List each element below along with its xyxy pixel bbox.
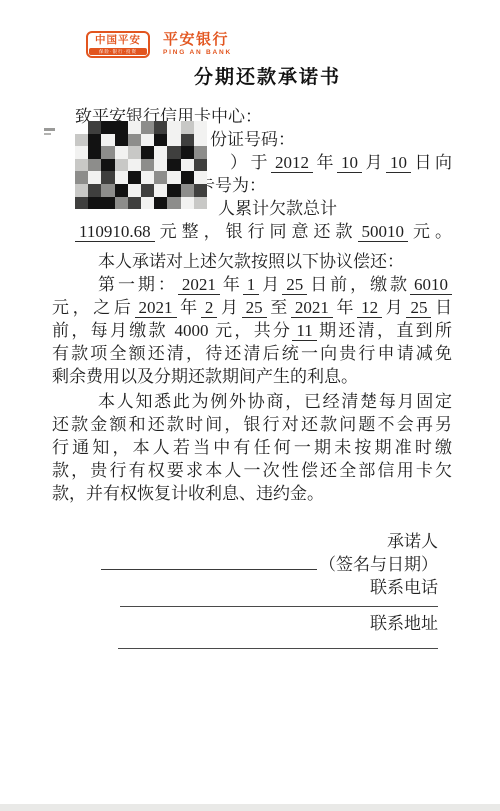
doc-text: 年 [177,298,201,317]
redaction-cell [88,134,101,147]
doc-text: 第一期： [98,275,178,294]
doc-text: 年 [333,298,357,317]
redaction-cell [101,121,114,134]
redaction-cell [128,134,141,147]
redaction-cell [167,134,180,147]
redaction-cell [154,121,167,134]
redaction-cell [75,197,88,210]
doc-text: 期还清，直到所 [317,321,452,340]
bank-header: 中国平安 保险·银行·投资 平安银行 PING AN BANK [0,0,500,70]
redaction-cell [75,171,88,184]
doc-text: 元，之后 [52,298,135,317]
signature-blank-line [101,553,317,570]
redaction-cell [194,146,207,159]
sign-date-label: （签名与日期） [319,555,438,574]
doc-text: 前，每月缴款 4000 元，共分 [52,321,292,340]
doc-page: 中国平安 保险·银行·投资 平安银行 PING AN BANK 分期还款承诺书 … [0,0,500,811]
doc-text: 至 [267,298,291,317]
redaction-cell [75,146,88,159]
doc-text: 日向 [411,153,452,172]
redaction-cell [154,184,167,197]
redaction-cell [128,159,141,172]
doc-line: 款，贵行有权要求本人一次性偿还全部信用卡欠 [52,459,452,482]
filled-blank: 6010 [410,275,452,295]
doc-title: 分期还款承诺书 [80,62,455,89]
redaction-cell [75,121,88,134]
redaction-cell [181,159,194,172]
filled-blank: 110910.68 [75,222,155,242]
filled-blank: 25 [282,275,307,295]
doc-line: 110910.68元整，银行同意还款50010元。 [75,220,452,243]
doc-text: 有款项全额还清，待还清后统一向贵行申请减免 [52,344,452,363]
address-label: 联系地址 [370,612,438,635]
doc-line: 前，每月缴款 4000 元，共分11期还清，直到所 [52,319,452,342]
redaction-cell [167,121,180,134]
redaction-cell [194,134,207,147]
redaction-cell [88,146,101,159]
doc-text: 月 [259,275,282,294]
redaction-mosaic [75,121,207,209]
doc-text: 本人承诺对上述欠款按照以下协议偿还： [98,252,404,271]
doc-text: 元。 [408,222,452,241]
pingan-logo-badge: 中国平安 保险·银行·投资 [86,31,150,58]
filled-blank: 1 [243,275,260,295]
redaction-cell [128,171,141,184]
redaction-cell [88,171,101,184]
filled-blank: 50010 [358,222,409,242]
doc-text: 份证号码： [210,130,295,149]
doc-text: 日前，缴款 [307,275,410,294]
pingan-logo-text: 中国平安 [88,34,148,47]
filled-blank: 2021 [178,275,220,295]
redaction-cell [194,121,207,134]
bottom-strip [0,804,500,811]
redaction-cell [141,121,154,134]
doc-text: 月 [217,298,241,317]
doc-line: 元，之后2021年2月25至2021年12月25日 [52,296,452,319]
doc-line: 有款项全额还清，待还清后统一向贵行申请减免 [52,342,452,365]
redaction-cell [115,197,128,210]
redaction-cell [115,159,128,172]
bank-name-cn: 平安银行 [163,32,232,48]
doc-text: 年 [313,153,337,172]
address-blank-line [118,640,438,649]
filled-blank: 25 [242,298,267,318]
redaction-cell [194,171,207,184]
redaction-cell [115,171,128,184]
filled-blank: 10 [386,153,411,173]
redaction-cell [141,197,154,210]
notice-section: 本人知悉此为例外协商，已经清楚每月固定还款金额和还款时间，银行对还款问题不会再另… [52,390,452,505]
redaction-cell [115,134,128,147]
redaction-cell [141,159,154,172]
signature-section: 承诺人 （签名与日期） 联系电话 联系地址 [52,528,438,663]
redaction-cell [154,171,167,184]
redaction-cell [115,146,128,159]
doc-text: 年 [220,275,243,294]
redaction-cell [128,146,141,159]
redaction-cell [194,159,207,172]
redaction-cell [167,171,180,184]
filled-blank: 2021 [135,298,177,318]
redaction-cell [101,134,114,147]
redaction-cell [128,184,141,197]
redaction-cell [115,184,128,197]
redaction-cell [128,121,141,134]
doc-line: 第一期：2021年1月25日前，缴款6010 [52,273,452,296]
bank-name-en: PING AN BANK [163,49,232,56]
filled-blank: 2021 [291,298,333,318]
doc-line: 款，并有权恢复计收利息、违约金。 [52,482,452,505]
redaction-cell [167,184,180,197]
doc-text: 款，并有权恢复计收利息、违约金。 [52,484,324,503]
remnant-mark [44,133,51,135]
redaction-cell [154,197,167,210]
doc-text: 日 [431,298,452,317]
filled-blank: 2012 [271,153,313,173]
redaction-cell [101,197,114,210]
filled-blank: 10 [337,153,362,173]
redaction-cell [141,134,154,147]
phone-label: 联系电话 [370,576,438,599]
redaction-cell [88,184,101,197]
redaction-cell [181,121,194,134]
doc-text: ）于 [230,153,271,172]
doc-text: 卡号为： [198,176,266,195]
redaction-cell [75,134,88,147]
doc-text: 月 [362,153,386,172]
redaction-cell [115,121,128,134]
phone-blank-line [120,598,438,607]
redaction-cell [75,184,88,197]
remnant-mark [44,128,55,131]
terms-section: 本人承诺对上述欠款按照以下协议偿还：第一期：2021年1月25日前，缴款6010… [52,250,452,388]
doc-line: 剩余费用以及分期还款期间产生的利息。 [52,365,452,388]
redaction-cell [154,134,167,147]
doc-line: 本人承诺对上述欠款按照以下协议偿还： [52,250,452,273]
redaction-cell [167,197,180,210]
doc-text: 行通知，本人若当中有任何一期未按期准时缴 [52,438,452,457]
redaction-cell [88,121,101,134]
doc-text: 元整，银行同意还款 [155,222,358,241]
redaction-cell [101,184,114,197]
doc-text: 人累计欠款总计 [218,199,337,218]
promisor-label: 承诺人 [387,530,438,553]
redaction-cell [194,197,207,210]
doc-text: 还款金额和还款时间，银行对还款问题不会再另 [52,415,452,434]
redaction-cell [101,159,114,172]
redaction-cell [167,159,180,172]
redaction-cell [181,134,194,147]
redaction-cell [88,197,101,210]
doc-text: 款，贵行有权要求本人一次性偿还全部信用卡欠 [52,461,452,480]
doc-line: 本人知悉此为例外协商，已经清楚每月固定 [52,390,452,413]
redaction-cell [141,184,154,197]
filled-blank: 11 [292,321,316,341]
redaction-cell [154,146,167,159]
redaction-cell [101,171,114,184]
pingan-logo-tagline: 保险·银行·投资 [89,48,147,55]
redaction-cell [141,146,154,159]
redaction-cell [88,159,101,172]
redaction-cell [154,159,167,172]
filled-blank: 12 [357,298,382,318]
redaction-cell [181,171,194,184]
redaction-cell [181,184,194,197]
bank-name-block: 平安银行 PING AN BANK [163,32,232,56]
doc-text: 剩余费用以及分期还款期间产生的利息。 [52,367,358,386]
doc-line: 行通知，本人若当中有任何一期未按期准时缴 [52,436,452,459]
filled-blank: 2 [201,298,218,318]
sign-date-row: （签名与日期） [101,553,438,576]
doc-text: 月 [382,298,406,317]
redaction-cell [181,197,194,210]
redaction-cell [128,197,141,210]
redaction-cell [167,146,180,159]
redaction-cell [141,171,154,184]
redaction-cell [101,146,114,159]
doc-text: 本人知悉此为例外协商，已经清楚每月固定 [98,392,452,411]
redaction-cell [194,184,207,197]
redaction-cell [181,146,194,159]
redaction-cell [75,159,88,172]
doc-line: 还款金额和还款时间，银行对还款问题不会再另 [52,413,452,436]
filled-blank: 25 [406,298,431,318]
